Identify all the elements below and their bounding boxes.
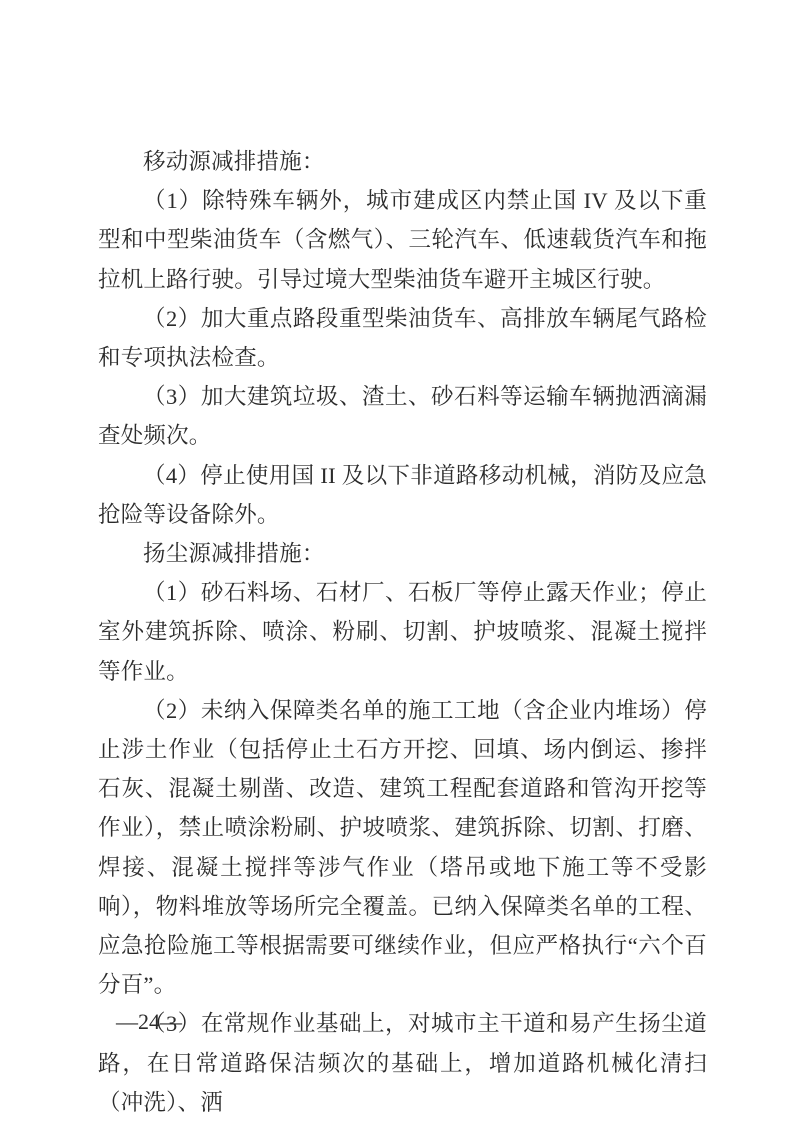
- section-heading-mobile-sources: 移动源减排措施：: [98, 142, 707, 181]
- document-page: 移动源减排措施： （1）除特殊车辆外，城市建成区内禁止国 IV 及以下重型和中型…: [0, 0, 793, 1122]
- page-number: —24—: [116, 1008, 182, 1036]
- paragraph-dust-item-3-truncated: （3）在常规作业基础上，对城市主干道和易产生扬尘道路，在日常道路保洁频次的基础上…: [98, 1004, 707, 1122]
- paragraph-dust-item-1: （1）砂石料场、石材厂、石板厂等停止露天作业；停止室外建筑拆除、喷涂、粉刷、切割…: [98, 573, 707, 691]
- paragraph-mobile-item-4: （4）停止使用国 II 及以下非道路移动机械，消防及应急抢险等设备除外。: [98, 456, 707, 534]
- paragraph-mobile-item-1: （1）除特殊车辆外，城市建成区内禁止国 IV 及以下重型和中型柴油货车（含燃气）…: [98, 181, 707, 299]
- document-body-text: 移动源减排措施： （1）除特殊车辆外，城市建成区内禁止国 IV 及以下重型和中型…: [98, 142, 707, 1122]
- section-heading-dust-sources: 扬尘源减排措施：: [98, 534, 707, 573]
- paragraph-dust-item-2: （2）未纳入保障类名单的施工工地（含企业内堆场）停止涉土作业（包括停止土石方开挖…: [98, 691, 707, 1005]
- paragraph-mobile-item-3: （3）加大建筑垃圾、渣土、砂石料等运输车辆抛洒滴漏查处频次。: [98, 377, 707, 455]
- paragraph-mobile-item-2: （2）加大重点路段重型柴油货车、高排放车辆尾气路检和专项执法检查。: [98, 299, 707, 377]
